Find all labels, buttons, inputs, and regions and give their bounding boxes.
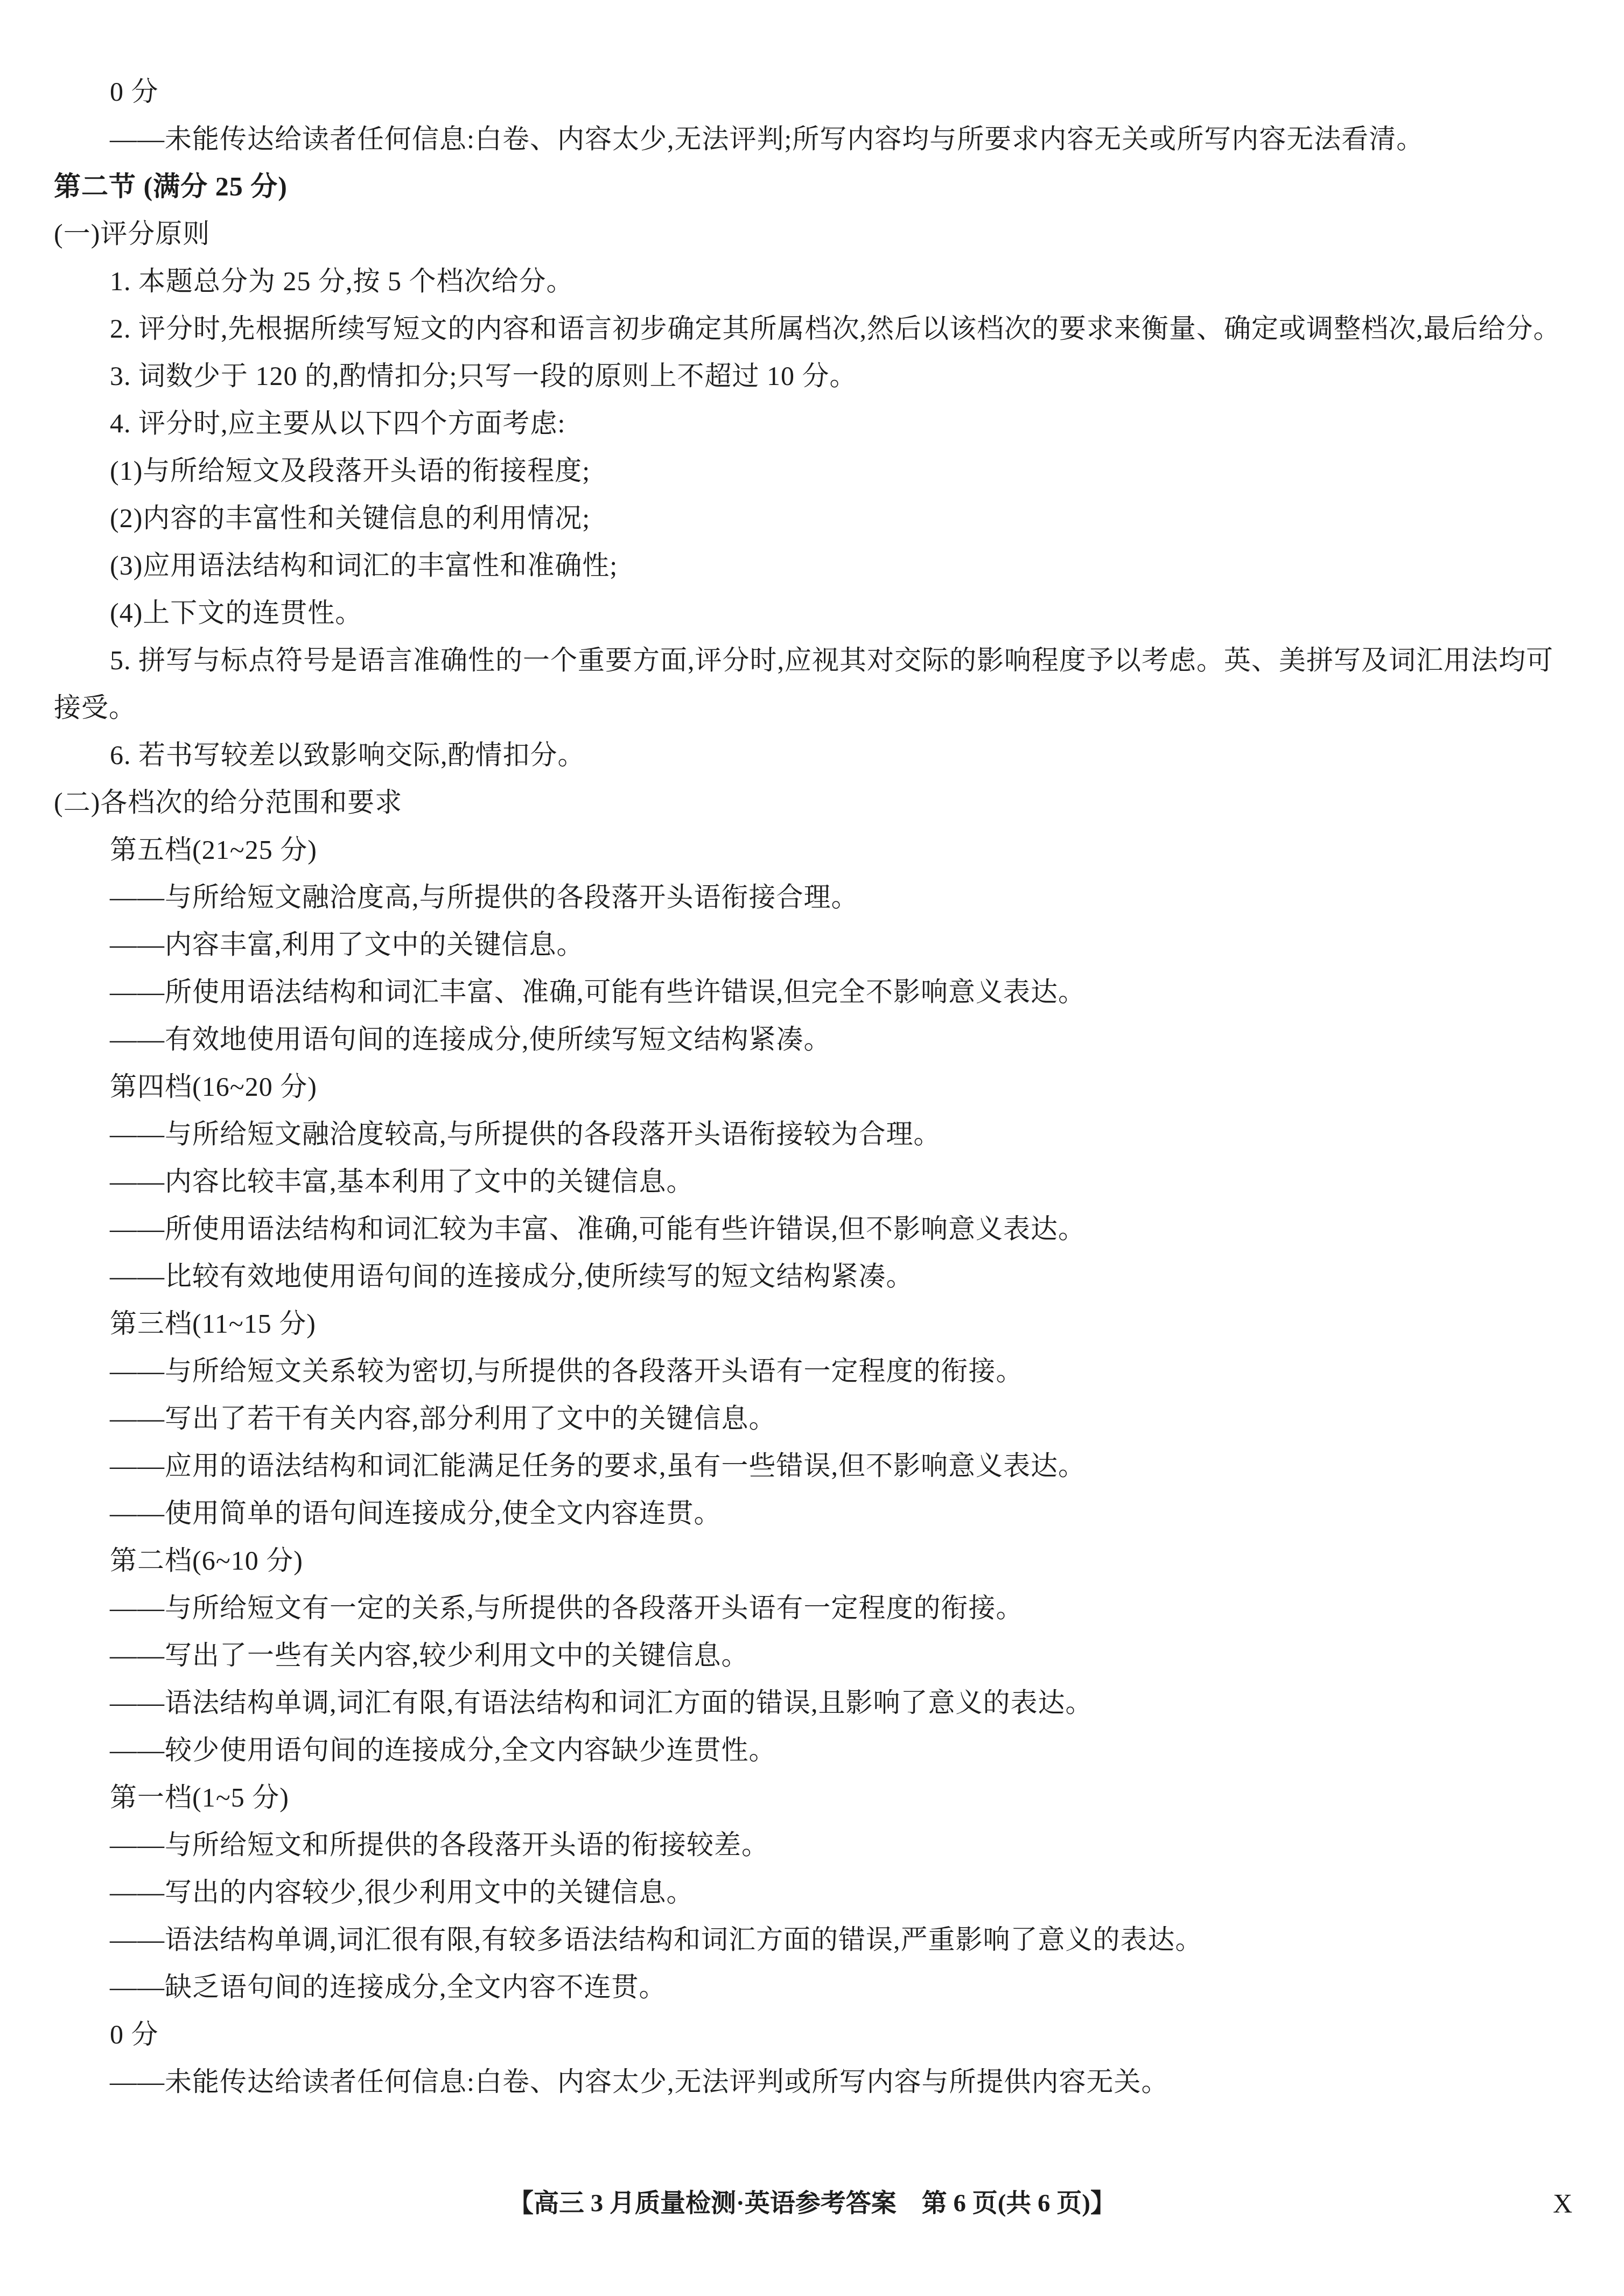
band-bullet: ——语法结构单调,词汇有限,有语法结构和词汇方面的错误,且影响了意义的表达。 — [54, 1679, 1588, 1726]
sub-item: (1)与所给短文及段落开头语的衔接程度; — [54, 447, 1588, 494]
score-zero-label: 0 分 — [54, 2011, 1588, 2058]
band-bullet: ——较少使用语句间的连接成分,全文内容缺少连贯性。 — [54, 1726, 1588, 1774]
band-bullet: ——写出的内容较少,很少利用文中的关键信息。 — [54, 1868, 1588, 1916]
band-bullet: ——使用简单的语句间连接成分,使全文内容连贯。 — [54, 1489, 1588, 1537]
subsection-heading: (二)各档次的给分范围和要求 — [54, 779, 1588, 826]
numbered-item: 6. 若书写较差以致影响交际,酌情扣分。 — [54, 731, 1588, 779]
band-bullet: ——写出了一些有关内容,较少利用文中的关键信息。 — [54, 1632, 1588, 1679]
band-bullet: ——语法结构单调,词汇很有限,有较多语法结构和词汇方面的错误,严重影响了意义的表… — [54, 1916, 1588, 1963]
wrapped-continuation: 接受。 — [54, 684, 1588, 731]
band-bullet: ——所使用语法结构和词汇丰富、准确,可能有些许错误,但完全不影响意义表达。 — [54, 968, 1588, 1016]
band-heading: 第四档(16~20 分) — [54, 1063, 1588, 1110]
sub-item: (3)应用语法结构和词汇的丰富性和准确性; — [54, 542, 1588, 589]
page-footer: 【高三 3 月质量检测·英语参考答案 第 6 页(共 6 页)】 — [0, 2187, 1624, 2220]
numbered-item: 3. 词数少于 120 的,酌情扣分;只写一段的原则上不超过 10 分。 — [54, 352, 1588, 400]
band-heading: 第三档(11~15 分) — [54, 1300, 1588, 1347]
band-bullet: ——与所给短文和所提供的各段落开头语的衔接较差。 — [54, 1821, 1588, 1868]
numbered-item: 4. 评分时,应主要从以下四个方面考虑: — [54, 400, 1588, 447]
section-heading: 第二节 (满分 25 分) — [54, 163, 1588, 210]
band-heading: 第五档(21~25 分) — [54, 826, 1588, 873]
document-page: 0 分 ——未能传达给读者任何信息:白卷、内容太少,无法评判;所写内容均与所要求… — [0, 0, 1624, 2296]
numbered-item: 5. 拼写与标点符号是语言准确性的一个重要方面,评分时,应视其对交际的影响程度予… — [54, 636, 1588, 684]
page-corner-mark: X — [1553, 2187, 1572, 2220]
sub-item: (4)上下文的连贯性。 — [54, 589, 1588, 636]
rubric-bullet: ——未能传达给读者任何信息:白卷、内容太少,无法评判;所写内容均与所要求内容无关… — [54, 115, 1588, 163]
band-bullet: ——与所给短文有一定的关系,与所提供的各段落开头语有一定程度的衔接。 — [54, 1584, 1588, 1632]
rubric-bullet: ——未能传达给读者任何信息:白卷、内容太少,无法评判或所写内容与所提供内容无关。 — [54, 2058, 1588, 2105]
subsection-heading: (一)评分原则 — [54, 210, 1588, 257]
numbered-item: 1. 本题总分为 25 分,按 5 个档次给分。 — [54, 257, 1588, 305]
band-heading: 第二档(6~10 分) — [54, 1537, 1588, 1584]
band-heading: 第一档(1~5 分) — [54, 1774, 1588, 1821]
band-bullet: ——与所给短文融洽度高,与所提供的各段落开头语衔接合理。 — [54, 873, 1588, 921]
score-zero-label: 0 分 — [54, 68, 1588, 115]
band-bullet: ——内容丰富,利用了文中的关键信息。 — [54, 921, 1588, 968]
numbered-item: 2. 评分时,先根据所续写短文的内容和语言初步确定其所属档次,然后以该档次的要求… — [54, 305, 1588, 352]
rubric-text-block: 0 分 ——未能传达给读者任何信息:白卷、内容太少,无法评判;所写内容均与所要求… — [54, 68, 1588, 2105]
band-bullet: ——应用的语法结构和词汇能满足任务的要求,虽有一些错误,但不影响意义表达。 — [54, 1442, 1588, 1489]
band-bullet: ——写出了若干有关内容,部分利用了文中的关键信息。 — [54, 1395, 1588, 1442]
band-bullet: ——所使用语法结构和词汇较为丰富、准确,可能有些许错误,但不影响意义表达。 — [54, 1205, 1588, 1252]
band-bullet: ——缺乏语句间的连接成分,全文内容不连贯。 — [54, 1963, 1588, 2011]
sub-item: (2)内容的丰富性和关键信息的利用情况; — [54, 494, 1588, 542]
band-bullet: ——比较有效地使用语句间的连接成分,使所续写的短文结构紧凑。 — [54, 1252, 1588, 1300]
band-bullet: ——与所给短文关系较为密切,与所提供的各段落开头语有一定程度的衔接。 — [54, 1347, 1588, 1395]
band-bullet: ——与所给短文融洽度较高,与所提供的各段落开头语衔接较为合理。 — [54, 1110, 1588, 1158]
band-bullet: ——有效地使用语句间的连接成分,使所续写短文结构紧凑。 — [54, 1016, 1588, 1063]
band-bullet: ——内容比较丰富,基本利用了文中的关键信息。 — [54, 1158, 1588, 1205]
